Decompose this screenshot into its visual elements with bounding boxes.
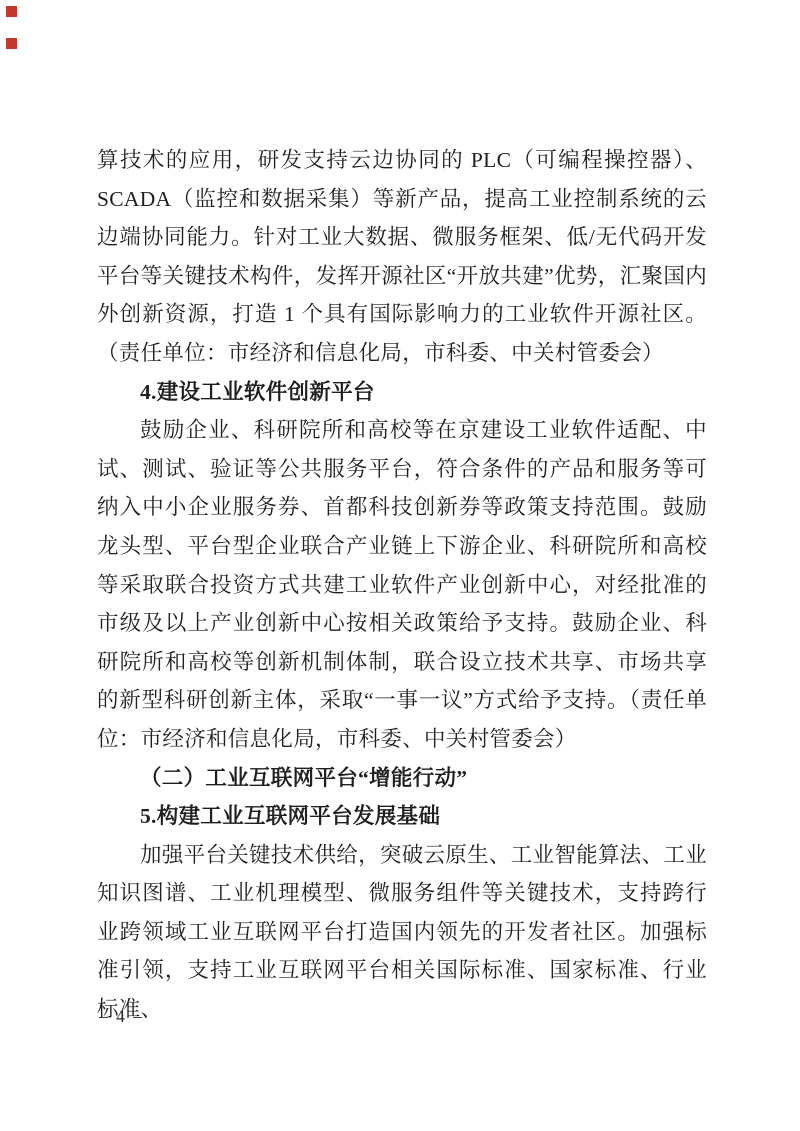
red-scan-artifact-top	[6, 6, 17, 17]
section-heading-4: 4.建设工业软件创新平台	[97, 373, 707, 412]
page-number: – 4 –	[99, 1001, 144, 1031]
section-heading-5: 5.构建工业互联网平台发展基础	[97, 797, 707, 836]
paragraph-continuation: 算技术的应用，研发支持云边协同的 PLC（可编程操控器）、SCADA（监控和数据…	[97, 141, 707, 373]
document-body: 算技术的应用，研发支持云边协同的 PLC（可编程操控器）、SCADA（监控和数据…	[97, 141, 707, 1029]
red-scan-artifact-bottom	[6, 38, 17, 49]
paragraph: 鼓励企业、科研院所和高校等在京建设工业软件适配、中试、测试、验证等公共服务平台，…	[97, 411, 707, 758]
sub-section-heading-2: （二）工业互联网平台“增能行动”	[97, 759, 707, 798]
paragraph: 加强平台关键技术供给，突破云原生、工业智能算法、工业知识图谱、工业机理模型、微服…	[97, 836, 707, 1029]
document-page: 算技术的应用，研发支持云边协同的 PLC（可编程操控器）、SCADA（监控和数据…	[0, 0, 800, 1131]
